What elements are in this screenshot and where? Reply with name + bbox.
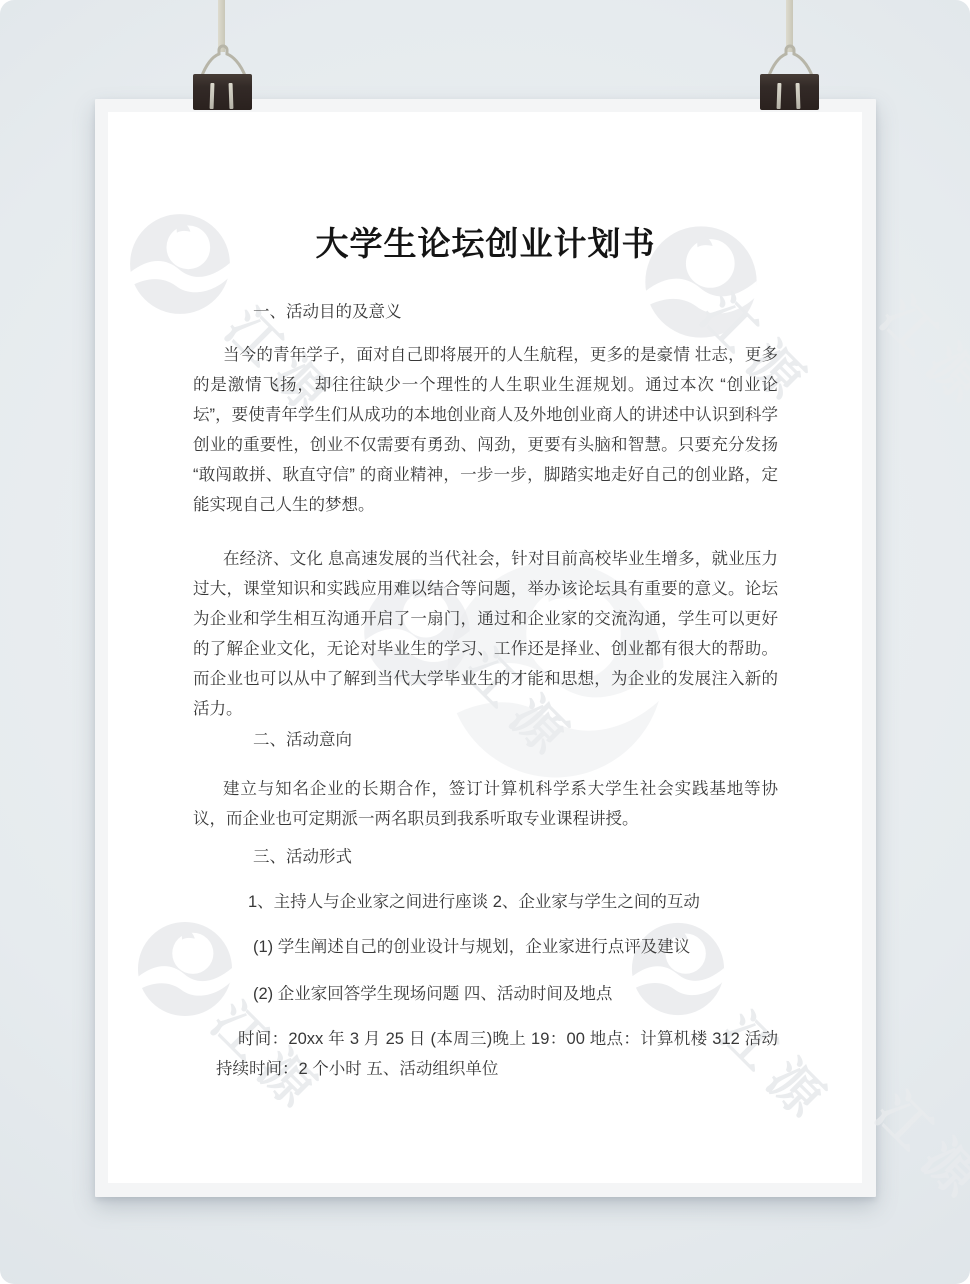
poster-mockup-scene: 江源 江源 江源 江源 江源 江源 江源 大学生论坛创业计划书 一、活动目的及意… xyxy=(0,0,970,1284)
paragraph: 在经济、文化 息高速发展的当代社会，针对目前高校毕业生增多，就业压力过大，课堂知… xyxy=(193,544,778,724)
binder-clip-right xyxy=(760,74,819,110)
paragraph: 当今的青年学子，面对自己即将展开的人生航程，更多的是豪情 壮志，更多的是激情飞扬… xyxy=(193,340,778,520)
paragraph: 时间：20xx 年 3 月 25 日 (本周三)晚上 19：00 地点：计算机楼… xyxy=(216,1024,778,1084)
binder-clip-left xyxy=(193,74,252,110)
section-heading: 二、活动意向 xyxy=(193,725,778,755)
list-item: (2) 企业家回答学生现场问题 四、活动时间及地点 xyxy=(193,979,778,1009)
list-item: (1) 学生阐述自己的创业设计与规划，企业家进行点评及建议 xyxy=(193,932,778,962)
section-heading: 一、活动目的及意义 xyxy=(193,297,778,327)
clip-wire-left xyxy=(195,44,251,78)
document-content: 大学生论坛创业计划书 一、活动目的及意义 当今的青年学子，面对自己即将展开的人生… xyxy=(108,108,863,1184)
document-title: 大学生论坛创业计划书 xyxy=(193,222,778,266)
list-item: 1、主持人与企业家之间进行座谈 2、企业家与学生之间的互动 xyxy=(193,887,778,917)
brand-watermark-text: 江源 xyxy=(871,290,970,420)
clip-wire-right xyxy=(762,44,818,78)
brand-watermark-text: 江源 xyxy=(866,1085,970,1215)
paragraph: 建立与知名企业的长期合作，签订计算机科学系大学生社会实践基地等协议，而企业也可定… xyxy=(193,774,778,834)
section-heading: 三、活动形式 xyxy=(193,842,778,872)
